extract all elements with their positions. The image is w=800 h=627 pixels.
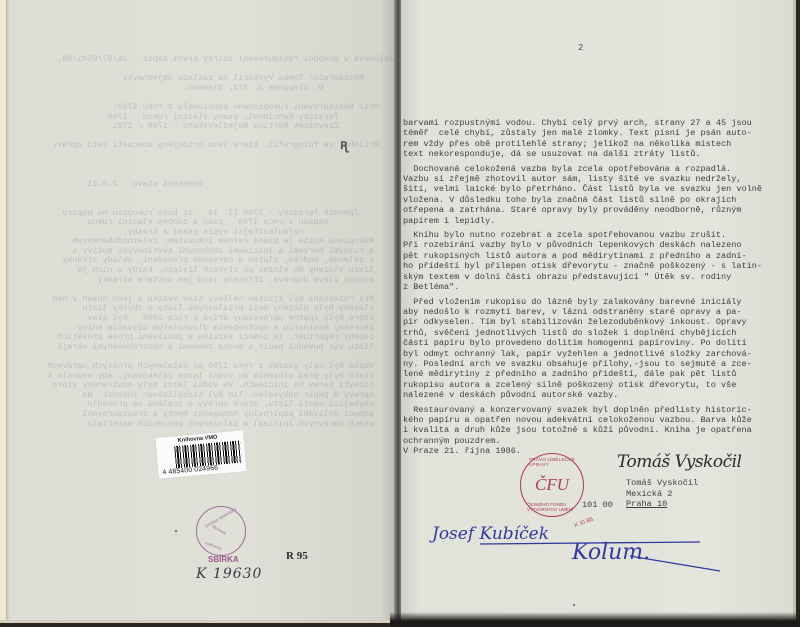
barcode-icon [174, 441, 242, 469]
text-line: aby nedošlo k rozmytí barev, v lázni ods… [403, 307, 742, 317]
library-stamp: Zemská vlastivědná Olomouc Knihovna [196, 506, 246, 556]
paragraph-2: Dochovaná celokožená vazba byla zcela op… [403, 164, 775, 226]
address-city: Praha 10 [626, 499, 667, 509]
official-stamp: PRÁVO UMĚLECKÉ ÚPRAVY ČFU ČESKÉHO FONDU … [520, 453, 584, 517]
collection-label: SBÍRKA [208, 555, 239, 564]
text-line: Knihu bylo nutno rozebrat a zcela spotře… [403, 230, 726, 240]
text-line: pír odkyselen. Tím byl stabilizován žele… [403, 317, 747, 327]
address-block: Tomáš Vyskočil Mexická 2 Praha 10 [626, 478, 698, 510]
text-line: šití, velmi laické bylo přetrháno. Část … [403, 184, 762, 194]
text-line: částí papíru bylo provedeno dolitím homo… [403, 338, 747, 348]
barcode-label: Knihovna VMO 4 485400 024966 [155, 430, 246, 479]
text-line: téměř celé chybí, zůstaly jen malé zlomk… [403, 128, 752, 138]
bleed-through-text: Zalohove v povodni restaurovani sbirky p… [8, 55, 394, 465]
ink-speck [573, 604, 575, 606]
text-line: Při rozebírání vazby bylo v původních le… [403, 240, 742, 250]
library-stamp-bottom-text: Knihovna [205, 540, 222, 550]
paragraph-1: barvami rozpustnými vodou. Chybí celý pr… [403, 118, 775, 160]
text-line: nalezené v deskách původní autorské vazb… [403, 390, 618, 400]
book-spread: Zalohove v povodni restaurovani sbirky p… [0, 0, 800, 627]
text-line: ochranným pouzdrem. [403, 436, 500, 446]
library-stamp-center-text: Olomouc [211, 523, 227, 535]
left-page-edge [0, 0, 7, 620]
text-line: Restaurovaný a konzervovaný svazek byl d… [403, 405, 752, 415]
text-line: kého papíru a opatřen novou adekvátní ce… [403, 415, 752, 425]
text-line: ho přídeští byl přilepen otisk dřevorytu… [403, 261, 762, 271]
page-number: 2 [578, 43, 583, 53]
shelf-mark: R 95 [286, 550, 308, 562]
paragraph-3: Knihu bylo nutno rozebrat a zcela spotře… [403, 230, 775, 292]
address-street: Mexická 2 [626, 489, 672, 499]
ink-speck [175, 530, 177, 532]
handwritten-accession-number: K 19630 [196, 566, 262, 582]
text-line: ny. Poslední arch ve svazku obsahuje pří… [403, 359, 752, 369]
text-line: Před vložením rukopisu do lázně byly zal… [403, 297, 742, 307]
text-line: text nekoresponduje, dá se usuzovat na d… [403, 149, 700, 159]
date-line: V Praze 21. října 1986. [403, 446, 521, 456]
text-line: vložena. V důsledku toho byla značná čás… [403, 195, 736, 205]
restorer-signature: Tomáš Vyskočil [617, 452, 741, 472]
text-line: pět rukopisných listů autora a pod mědir… [403, 251, 747, 261]
address-postcode: 101 00 [582, 500, 613, 510]
scan-shadow [390, 612, 800, 627]
barcode-number: 4 485400 024966 [162, 465, 218, 477]
text-line: Dochovaná celokožená vazba byla zcela op… [403, 164, 731, 174]
left-page: Zalohove v povodni restaurovani sbirky p… [0, 0, 396, 623]
bleed-through-mark: ꭆ [340, 135, 348, 154]
text-line: ským textem v dolní části obrazu předsta… [403, 272, 731, 282]
text-line: lené mědirytiny z předního a zadního pří… [403, 369, 736, 379]
text-line: trhů, svěčení jednotlivých listů do slož… [403, 328, 736, 338]
text-line: otřepena a zatrhána. Staré opravy byly p… [403, 205, 742, 215]
text-line: rukopisu autora a zcelený silně poškozen… [403, 380, 736, 390]
typed-report-body: barvami rozpustnými vodou. Chybí celý pr… [403, 118, 775, 461]
text-line: i kvalita a druh kůže jsou totožné s kůž… [403, 425, 752, 435]
text-line: Vazbu si zřejmě zhotovil autor sám, list… [403, 174, 742, 184]
address-name: Tomáš Vyskočil [626, 478, 698, 488]
official-stamp-bottom-text: ČESKÉHO FONDU VÝTVARNÝCH UMĚNÍ [527, 502, 583, 512]
text-line: z Betléma". [403, 282, 459, 292]
text-line: rem vždy přes obě protilehlé strany; jel… [403, 139, 731, 149]
library-stamp-top-text: Zemská vlastivědná [204, 506, 237, 528]
text-line: papírem i lepidly. [403, 216, 495, 226]
text-line: barvami rozpustnými vodou. Chybí celý pr… [403, 118, 752, 128]
text-line: byl odmyt ochranný lak, papír vyžehlen a… [403, 349, 752, 359]
approver-signature-2: Kolum. [572, 540, 650, 565]
official-stamp-monogram: ČFU [535, 475, 569, 495]
paragraph-5: Restaurovaný a konzervovaný svazek byl d… [403, 405, 775, 457]
official-stamp-top-text: PRÁVO UMĚLECKÉ ÚPRAVY [529, 457, 583, 467]
paragraph-4: Před vložením rukopisu do lázně byly zal… [403, 297, 775, 401]
